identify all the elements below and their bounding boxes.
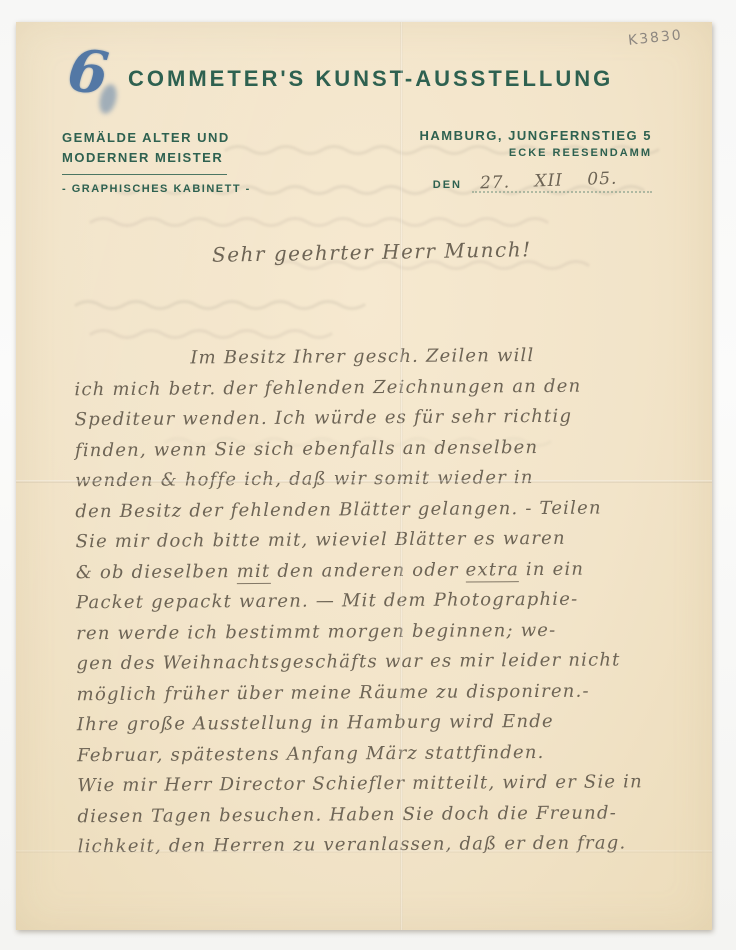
letterhead-divider bbox=[62, 174, 227, 175]
letter-text: ren werde ich bestimmt morgen beginnen; … bbox=[76, 619, 556, 643]
letter-line: Spediteur wenden. Ich würde es für sehr … bbox=[75, 401, 715, 436]
letter-line: Ihre große Ausstellung in Hamburg wird E… bbox=[77, 706, 717, 741]
letter-text: den Besitz der fehlenden Blätter gelange… bbox=[75, 497, 601, 522]
letter-text: in ein bbox=[519, 558, 584, 579]
underlined-word: extra bbox=[466, 559, 520, 582]
letter-line: Packet gepackt waren. — Mit dem Photogra… bbox=[76, 584, 716, 619]
letter-paper: K3830 6 COMMETER'S KUNST-AUSSTELLUNG GEM… bbox=[16, 22, 712, 930]
letterhead-kabinett-line: - GRAPHISCHES KABINETT - bbox=[62, 183, 251, 195]
letterhead-address-line1: HAMBURG, JUNGFERNSTIEG 5 bbox=[420, 128, 652, 143]
letter-line: wenden & hoffe ich, daß wir somit wieder… bbox=[75, 462, 715, 497]
letter-text: den anderen oder bbox=[270, 559, 465, 581]
letter-text: ich mich betr. der fehlenden Zeichnungen… bbox=[74, 375, 581, 400]
letter-line: Februar, spätestens Anfang März stattfin… bbox=[77, 736, 717, 771]
letter-text: wenden & hoffe ich, daß wir somit wieder… bbox=[75, 467, 534, 491]
salutation: Sehr geehrter Herr Munch! bbox=[212, 237, 532, 267]
letter-text: finden, wenn Sie sich ebenfalls an dense… bbox=[75, 437, 538, 461]
letter-text: möglich früher über meine Räume zu dispo… bbox=[77, 680, 590, 705]
archive-number-annotation: K3830 bbox=[627, 27, 683, 49]
letter-line: ich mich betr. der fehlenden Zeichnungen… bbox=[74, 370, 714, 405]
letter-line: möglich früher über meine Räume zu dispo… bbox=[77, 675, 717, 710]
date-row: DEN 27. XII 05. bbox=[420, 171, 652, 193]
letter-line: Im Besitz Ihrer gesch. Zeilen will bbox=[74, 340, 714, 375]
letter-text: Im Besitz Ihrer gesch. Zeilen will bbox=[190, 345, 534, 368]
letter-line: ren werde ich bestimmt morgen beginnen; … bbox=[76, 614, 716, 649]
letter-line: lichkeit, den Herren zu veranlassen, daß… bbox=[78, 828, 718, 863]
letter-line: Sie mir doch bitte mit, wieviel Blätter … bbox=[75, 523, 715, 558]
letter-text: Sie mir doch bitte mit, wieviel Blätter … bbox=[76, 528, 566, 552]
letterhead-left-block: GEMÄLDE ALTER UND MODERNER MEISTER - GRA… bbox=[62, 128, 251, 195]
letter-text: & ob dieselben bbox=[76, 561, 237, 583]
letter-line: den Besitz der fehlenden Blätter gelange… bbox=[75, 492, 715, 527]
letter-line: diesen Tagen besuchen. Haben Sie doch di… bbox=[77, 797, 717, 832]
date-value: 27. XII 05. bbox=[480, 169, 618, 194]
letter-text: Packet gepackt waren. — Mit dem Photogra… bbox=[76, 589, 578, 614]
scan-background: K3830 6 COMMETER'S KUNST-AUSSTELLUNG GEM… bbox=[0, 0, 736, 950]
date-label: DEN bbox=[433, 179, 462, 193]
letter-line: finden, wenn Sie sich ebenfalls an dense… bbox=[75, 431, 715, 466]
letter-line: gen des Weihnachtsgeschäfts war es mir l… bbox=[76, 645, 716, 680]
letterhead-address-line2: ECKE REESENDAMM bbox=[420, 147, 652, 159]
letterhead-subtitle-line2: MODERNER MEISTER bbox=[62, 148, 251, 168]
letter-text: Wie mir Herr Director Schiefler mitteilt… bbox=[77, 771, 643, 796]
letter-text: Ihre große Ausstellung in Hamburg wird E… bbox=[77, 711, 554, 735]
letter-line: Wie mir Herr Director Schiefler mitteilt… bbox=[77, 767, 717, 802]
letter-body: Im Besitz Ihrer gesch. Zeilen willich mi… bbox=[74, 340, 718, 863]
letter-text: Februar, spätestens Anfang März stattfin… bbox=[77, 741, 545, 765]
letterhead-right-block: HAMBURG, JUNGFERNSTIEG 5 ECKE REESENDAMM… bbox=[420, 128, 652, 193]
letter-text: diesen Tagen besuchen. Haben Sie doch di… bbox=[77, 802, 617, 827]
letter-text: gen des Weihnachtsgeschäfts war es mir l… bbox=[76, 649, 620, 674]
underlined-word: mit bbox=[237, 560, 271, 583]
letter-text: Spediteur wenden. Ich würde es für sehr … bbox=[75, 406, 573, 430]
letterhead-subtitle-line1: GEMÄLDE ALTER UND bbox=[62, 128, 251, 148]
letter-text: lichkeit, den Herren zu veranlassen, daß… bbox=[78, 832, 627, 857]
letterhead-title: COMMETER'S KUNST-AUSSTELLUNG bbox=[128, 66, 613, 92]
letter-line: & ob dieselben mit den anderen oder extr… bbox=[76, 553, 716, 588]
date-dotted-line: 27. XII 05. bbox=[472, 171, 652, 193]
